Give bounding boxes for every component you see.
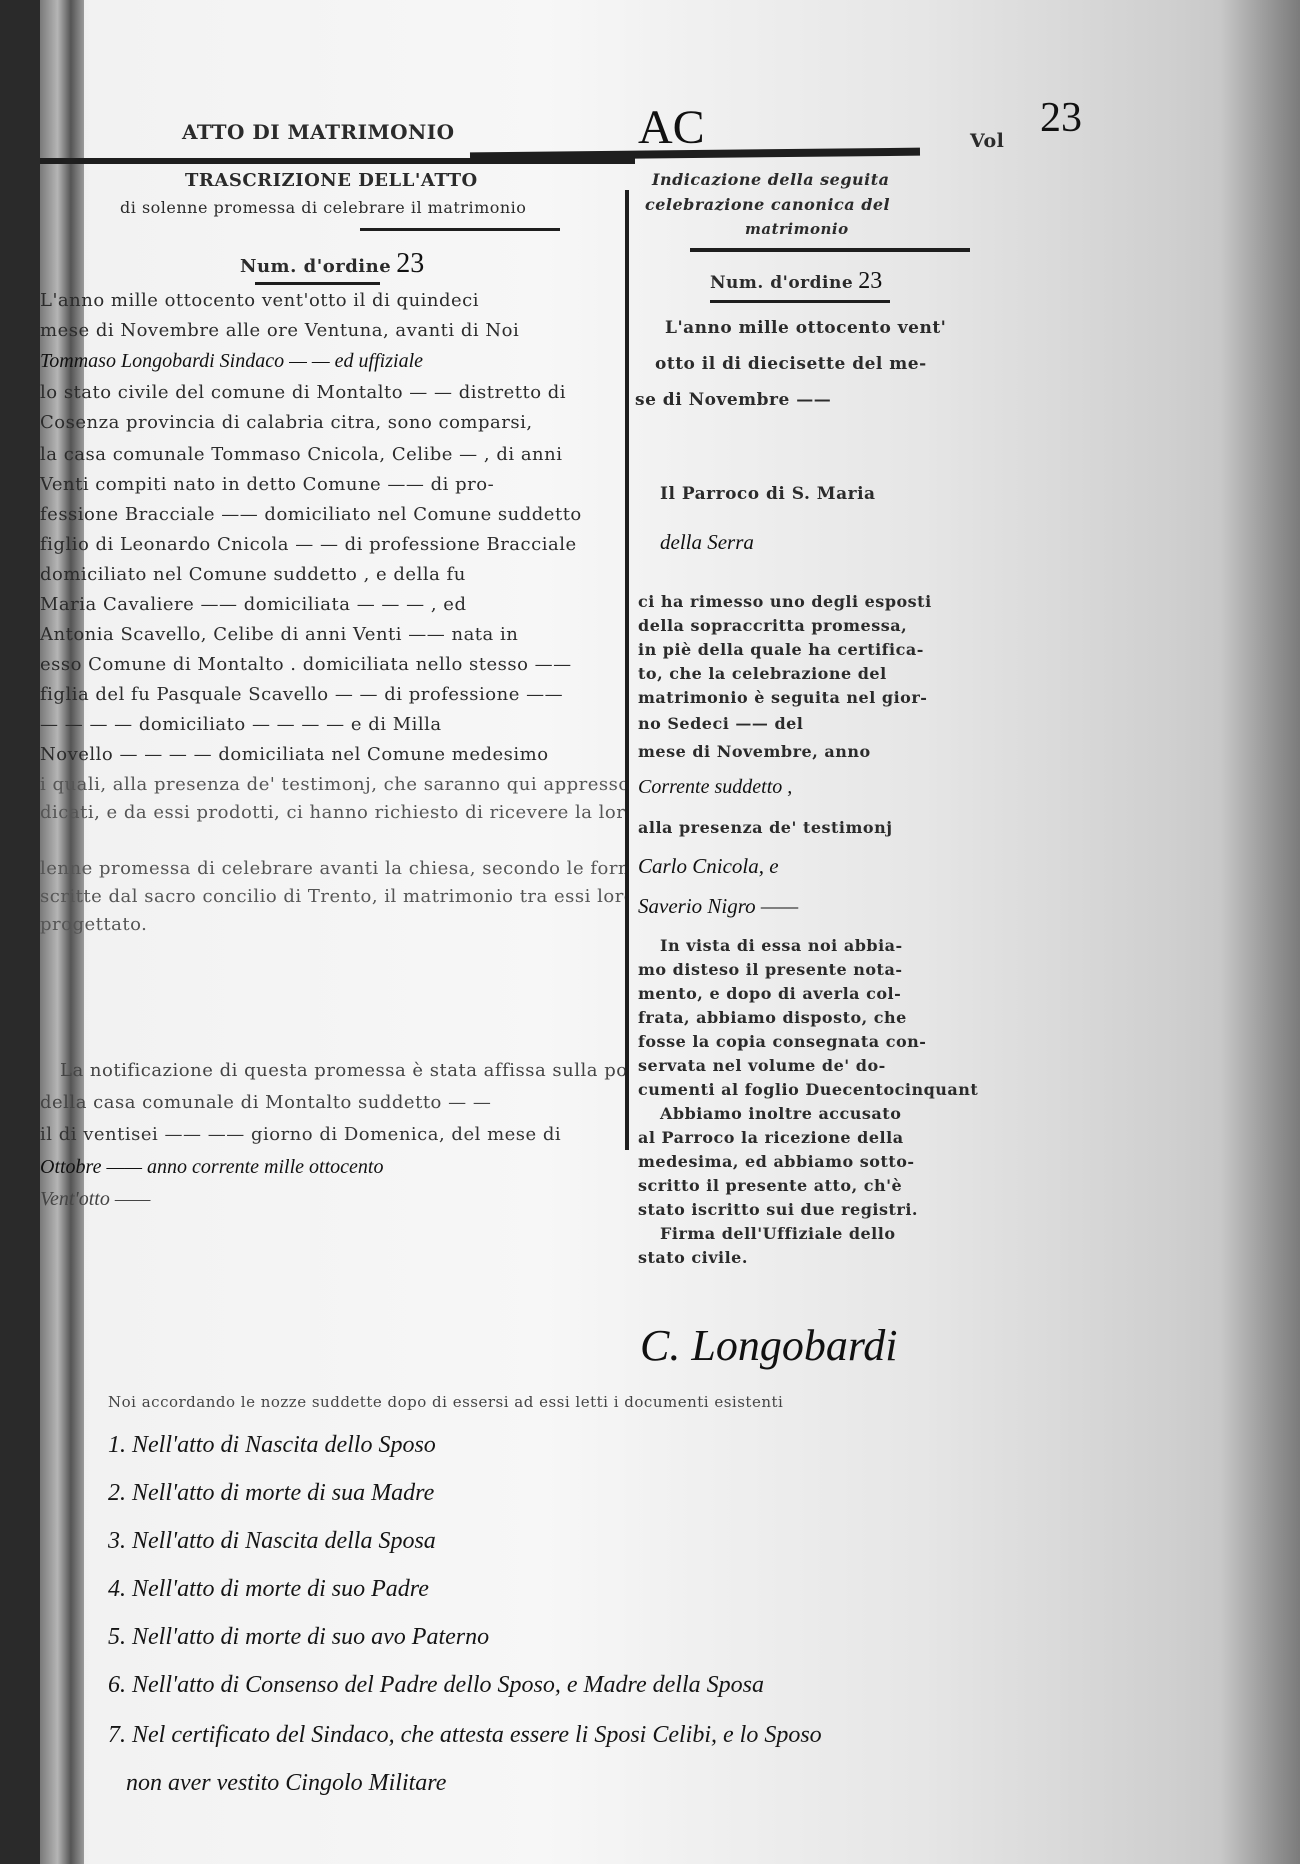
right-body-line: in piè della quale ha certifica- [638,640,924,659]
left-line: lenne promessa di celebrare avanti la ch… [40,858,625,879]
left-line: Tommaso Longobardi Sindaco — — ed uffizi… [40,350,423,373]
right-body-line: to, che la celebrazione del [638,664,887,683]
right-body: ci ha rimesso uno degli esposti della so… [638,592,978,1212]
footer-intro: Noi accordando le nozze suddette dopo di… [108,1393,783,1411]
document-list-item: 4. Nell'atto di morte di suo Padre [108,1576,429,1603]
right-heading-1: Indicazione della seguita [652,170,890,189]
document-list-item: 6. Nell'atto di Consenso del Padre dello… [108,1672,764,1699]
left-line: Venti compiti nato in detto Comune —— di… [40,474,494,495]
right-body-line: mento, e dopo di averla col- [638,984,901,1003]
document-title: ATTO DI MATRIMONIO [182,120,455,144]
parroco-line: Il Parroco di S. Maria [660,484,876,504]
right-line: se di Novembre —— [635,390,831,410]
document-list-item: 1. Nell'atto di Nascita dello Sposo [108,1432,436,1459]
left-line: la casa comunale Tommaso Cnicola, Celibe… [40,444,563,465]
right-body-line: stato iscritto sui due registri. [638,1200,918,1219]
right-body-line: matrimonio è seguita nel gior- [638,688,927,707]
parroco-line: della Serra [660,530,754,555]
right-order-number: 23 [858,268,882,294]
document-list-item: non aver vestito Cingolo Militare [108,1770,446,1797]
left-heading-2: di solenne promessa di celebrare il matr… [120,198,526,217]
document-list-item: 5. Nell'atto di morte di suo avo Paterno [108,1624,489,1651]
document-list-item: 3. Nell'atto di Nascita della Sposa [108,1528,436,1555]
right-body-line: no Sedeci —— del [638,714,803,733]
right-body-line: mese di Novembre, anno [638,742,871,761]
left-line: lo stato civile del comune di Montalto —… [40,382,566,403]
left-line: Maria Cavaliere —— domiciliata — — — , e… [40,594,466,615]
right-body-line: mo disteso il presente nota- [638,960,902,979]
right-body-line: cumenti al foglio Duecentocinquantasette [638,1080,978,1099]
left-line: Cosenza provincia di calabria citra, son… [40,412,533,433]
right-line: L'anno mille ottocento vent' [665,318,946,338]
left-line: figlia del fu Pasquale Scavello — — di p… [40,684,563,705]
notification-line: Vent'otto —— [40,1188,150,1211]
left-line: esso Comune di Montalto . domiciliata ne… [40,654,572,675]
header-rule-right [470,148,920,161]
right-body-line: ci ha rimesso uno degli esposti [638,592,932,611]
right-body-line: Abbiamo inoltre accusato [660,1104,901,1123]
right-body-line: fosse la copia consegnata con- [638,1032,926,1051]
left-line: fessione Bracciale —— domiciliato nel Co… [40,504,582,525]
left-line: Novello — — — — domiciliata nel Comune m… [40,744,549,765]
notification-line: della casa comunale di Montalto suddetto… [40,1092,491,1113]
right-body-line: Firma dell'Uffiziale dello [660,1224,896,1243]
left-order: Num. d'ordine 23 [240,248,424,280]
right-body-line: Corrente suddetto , [638,776,792,799]
right-body-line: scritto il presente atto, ch'è [638,1176,902,1195]
volume-number: 23 [1040,94,1082,142]
left-line: dicati, e da essi prodotti, ci hanno ric… [40,802,625,823]
right-heading-rule [690,248,970,252]
left-line: Antonia Scavello, Celibe di anni Venti —… [40,624,518,645]
left-order-label: Num. d'ordine [240,256,391,277]
left-order-rule [255,282,380,285]
left-body: L'anno mille ottocento vent'otto il di q… [40,290,625,850]
right-body-end: stato iscritto sui due registri. Firma d… [638,1200,978,1290]
right-order-rule [710,300,890,303]
document-list-item: 2. Nell'atto di morte di sua Madre [108,1480,434,1507]
right-order: Num. d'ordine 23 [710,268,882,295]
right-body-line: In vista di essa noi abbia- [660,936,903,955]
document-page: ATTO DI MATRIMONIO AC Vol 23 TRASCRIZION… [40,0,1300,1864]
right-body-line: Carlo Cnicola, e [638,854,779,879]
volume-label: Vol [970,130,1004,152]
left-line: progettato. [40,914,147,935]
document-list-item: 7. Nel certificato del Sindaco, che atte… [108,1722,822,1749]
left-heading-1: TRASCRIZIONE DELL'ATTO [185,170,478,191]
left-line: L'anno mille ottocento vent'otto il di q… [40,290,479,311]
right-body-line: stato civile. [638,1248,748,1267]
right-line: otto il di diecisette del me- [655,354,927,374]
column-divider [625,190,629,1150]
right-body-line: Saverio Nigro —— [638,894,798,919]
left-line: mese di Novembre alle ore Ventuna, avant… [40,320,519,341]
page-edge-shadow [1220,0,1300,1864]
left-line: domiciliato nel Comune suddetto , e dell… [40,564,466,585]
right-heading-2: celebrazione canonica del [645,195,890,214]
left-order-number: 23 [396,248,424,279]
annotation-mark: AC [638,100,705,155]
left-heading-rule [360,228,560,231]
right-body-line: al Parroco la ricezione della [638,1128,904,1147]
left-body-continued: lenne promessa di celebrare avanti la ch… [40,858,625,958]
left-line: i quali, alla presenza de' testimonj, ch… [40,774,625,795]
right-body-line: alla presenza de' testimonj [638,818,893,837]
right-body-line: servata nel volume de' do- [638,1056,886,1075]
notification-block: La notificazione di questa promessa è st… [40,1060,625,1240]
right-heading-3: matrimonio [745,220,849,238]
notification-line: La notificazione di questa promessa è st… [60,1060,625,1081]
officer-signature: C. Longobardi [640,1320,898,1371]
right-body-line: medesima, ed abbiamo sotto- [638,1152,915,1171]
right-body-line: frata, abbiamo disposto, che [638,1008,907,1027]
left-line: figlio di Leonardo Cnicola — — di profes… [40,534,577,555]
right-body-line: della sopraccritta promessa, [638,616,907,635]
left-line: — — — — domiciliato — — — — e di Milla [40,714,442,735]
right-order-label: Num. d'ordine [710,273,853,293]
notification-line: il di ventisei —— —— giorno di Domenica,… [40,1124,561,1145]
left-line: scritte dal sacro concilio di Trento, il… [40,886,625,907]
notification-line: Ottobre —— anno corrente mille ottocento [40,1156,383,1179]
